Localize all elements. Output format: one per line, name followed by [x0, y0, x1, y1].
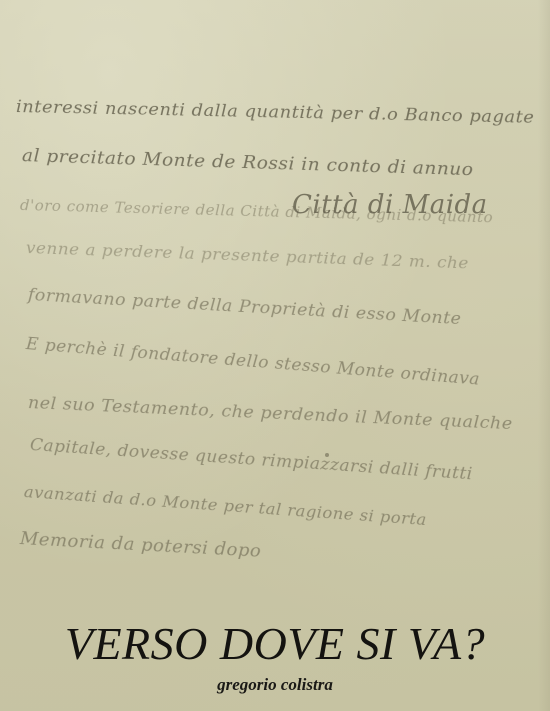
book-cover: interessi nascenti dalla quantità per d.…	[0, 0, 550, 711]
manuscript-line: interessi nascenti dalla quantità per d.…	[16, 97, 535, 128]
manuscript-line: al precitato Monte de Rossi in conto di …	[22, 145, 474, 180]
cover-title-block: VERSO DOVE SI VA? gregorio colistra	[0, 618, 550, 696]
manuscript-line: Capitale, dovesse questo rimpiazzarsi da…	[29, 435, 473, 484]
book-author: gregorio colistra	[0, 674, 550, 696]
manuscript-line: venne a perdere la presente partita de 1…	[26, 238, 469, 272]
manuscript-emphasized-text: Città di Maida	[292, 190, 488, 220]
handwritten-manuscript-background: interessi nascenti dalla quantità per d.…	[0, 0, 550, 600]
manuscript-line: avanzati da d.o Monte per tal ragione si…	[23, 482, 427, 529]
page-edge-shadow	[538, 0, 550, 711]
manuscript-line: nel suo Testamento, che perdendo il Mont…	[28, 393, 513, 434]
manuscript-line: Memoria da potersi dopo	[19, 528, 261, 562]
book-title: VERSO DOVE SI VA?	[0, 618, 550, 670]
maida-signature-text: Città di Maida	[292, 190, 488, 220]
manuscript-line: formavano parte della Proprietà di esso …	[27, 285, 462, 329]
ink-spot	[325, 453, 329, 457]
manuscript-line: E perchè il fondatore dello stesso Monte…	[25, 334, 480, 390]
